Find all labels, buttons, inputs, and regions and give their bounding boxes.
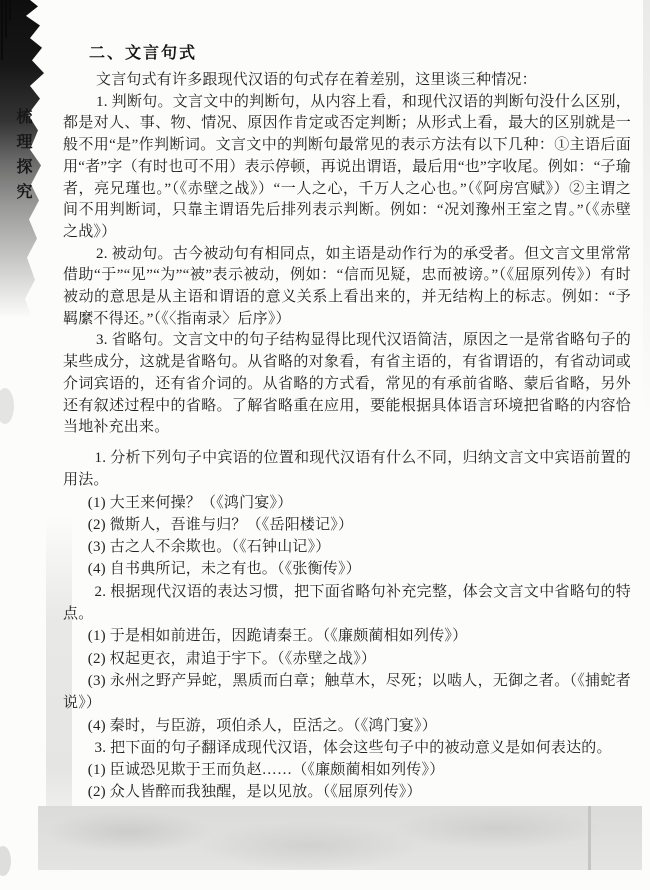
exercise-item: (2) 权起更衣，肃追于宇下。（《赤壁之战》） xyxy=(63,648,631,670)
scan-smudge xyxy=(0,388,14,424)
intro-paragraph: 文言句式有许多跟现代汉语的句式存在着差别，这里谈三种情况： xyxy=(63,70,631,92)
scan-smudge xyxy=(0,846,11,876)
exercise-item: (1) 臣诚恐见欺于王而负赵……（《廉颇蔺相如列传》） xyxy=(63,759,631,781)
binding-edge-line xyxy=(9,0,11,20)
section-side-label: 梳理探究 xyxy=(11,108,34,208)
scan-crease-line xyxy=(588,806,591,870)
paragraph-passive-sentence: 2. 被动句。古今被动句有相同点，如主语是动作行为的承受者。但文言文里常常借助“… xyxy=(63,244,631,331)
exercise-item: (1) 于是相如前进缶，因跪请秦王。（《廉颇蔺相如列传》） xyxy=(63,625,631,647)
paragraph-elliptical-sentence: 3. 省略句。文言文中的句子结构显得比现代汉语简洁，原因之一是常省略句子的某些成… xyxy=(63,330,631,439)
exercise-item: (4) 自书典所记，未之有也。（《张衡传》） xyxy=(63,558,631,580)
page-content: 二、文言句式 文言句式有许多跟现代汉语的句式存在着差别，这里谈三种情况： 1. … xyxy=(63,40,631,848)
exercise-item: (2) 微斯人，吾谁与归？（《岳阳楼记》） xyxy=(63,514,631,536)
binding-edge-line xyxy=(1,0,3,60)
exercise-item: (1) 大王来何操？（《鸿门宴》） xyxy=(63,492,631,514)
exercise-item: (3) 古之人不余欺也。（《石钟山记》） xyxy=(63,536,631,558)
exercise-stem: 2. 根据现代汉语的表达习惯，把下面省略句补充完整，体会文言文中省略句的特点。 xyxy=(63,581,631,626)
scanned-textbook-page: 梳理探究 二、文言句式 文言句式有许多跟现代汉语的句式存在着差别，这里谈三种情况… xyxy=(0,0,650,890)
exercise-item: (2) 众人皆醉而我独醒，是以见放。（《屈原列传》） xyxy=(63,781,631,803)
exercise-section: 1. 分析下列句子中宾语的位置和现代汉语有什么不同，归纳文言文中宾语前置的用法。… xyxy=(63,447,631,848)
scan-bottom-shade xyxy=(38,806,642,870)
exercise-item: (3) 永州之野产异蛇，黑质而白章；触草木，尽死；以啮人，无御之者。（《捕蛇者说… xyxy=(63,670,631,715)
binding-edge-line xyxy=(5,0,7,38)
scan-edge-shade xyxy=(643,0,650,420)
page-title: 二、文言句式 xyxy=(89,40,631,63)
exercise-stem: 3. 把下面的句子翻译成现代汉语，体会这些句子中的被动意义是如何表达的。 xyxy=(63,737,631,759)
exercise-stem: 1. 分析下列句子中宾语的位置和现代汉语有什么不同，归纳文言文中宾语前置的用法。 xyxy=(63,447,631,492)
exercise-item: (4) 秦时，与臣游，项伯杀人，臣活之。（《鸿门宴》） xyxy=(63,715,631,737)
paragraph-judgement-sentence: 1. 判断句。文言文中的判断句，从内容上看，和现代汉语的判断句没什么区别，都是对… xyxy=(63,92,631,244)
